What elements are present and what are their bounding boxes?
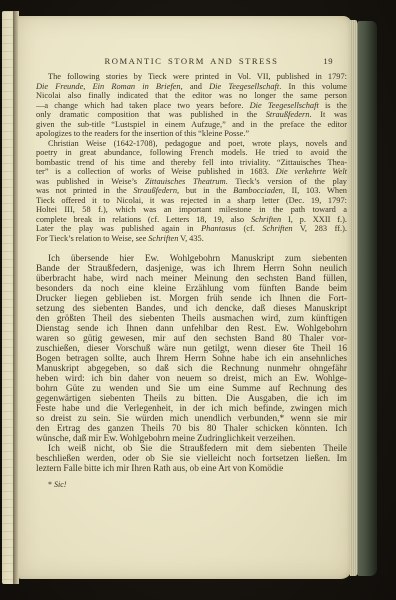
- text-line: leztern Falle bitte ich mir Ihren Rath a…: [36, 464, 347, 474]
- text-line: was published in Weise’s Zittauisches Th…: [36, 177, 347, 187]
- text-line: wünsche, daß mir Ew. Wohlgebohrn meine Z…: [36, 434, 347, 444]
- footnote: * Sic!: [48, 480, 248, 489]
- text-line: Feste habe und die Verlegenheit, in der …: [36, 404, 347, 414]
- text-line: Holtei III, 58 f.), which was an importa…: [36, 205, 347, 215]
- text-line: Drucker liegen geblieben ist. Morgen frü…: [36, 294, 347, 304]
- page-edges: [350, 20, 357, 576]
- text-line: so dreist zu sein. Sie würden mich unend…: [36, 414, 347, 424]
- text-line: Manuskript abgegeben, so daß sich die Re…: [36, 364, 347, 374]
- text-line: —a change which had taken place two year…: [36, 101, 347, 111]
- text-line: Christian Weise (1642-1708), pedagogue a…: [36, 139, 347, 149]
- text-line: zuschießen, dieser Vorschuß wäre nun get…: [36, 344, 347, 354]
- commentary-paragraphs: The following stories by Tieck were prin…: [36, 72, 347, 243]
- text-line: only dramatic composition that was publi…: [36, 110, 347, 120]
- text-line: Nicolai also finally indicated that the …: [36, 91, 347, 101]
- running-head: ROMANTIC STORM AND STRESS 19: [36, 56, 347, 66]
- text-line: ter” is a collection of works of Weise p…: [36, 167, 347, 177]
- text-line: given the sub-title “Lustspiel in einem …: [36, 120, 347, 130]
- text-line: The following stories by Tieck were prin…: [36, 72, 347, 82]
- text-line: beschließen werden, oder ob Sie sie viel…: [36, 454, 347, 464]
- quoted-letter-block: Ich übersende hier Ew. Wohlgebohrn Manus…: [36, 254, 347, 474]
- text-line: waren so gütig gewesen, mir auf den sech…: [36, 334, 347, 344]
- text-line: Bogen betragen sollte, auch Ihrem Herrn …: [36, 354, 347, 364]
- text-line: gegenwärtigen siebenten Theils zu bitten…: [36, 394, 347, 404]
- text-line: Die Freunde, Ein Roman in Briefen, and D…: [36, 82, 347, 92]
- text-line: heben wird: ich bin daher von neuem so d…: [36, 374, 347, 384]
- text-line: setzung des siebenten Bandes, und ich de…: [36, 304, 347, 314]
- text-line: poetry in great abundance, following Fre…: [36, 148, 347, 158]
- text-line: besonders da noch eine kleine Erzählung …: [36, 284, 347, 294]
- text-line: Ich weiß nicht, ob Sie die Straußfedern …: [36, 444, 347, 454]
- page-number: 19: [323, 56, 333, 66]
- text-line: überbracht habe, wird nach meiner Meinun…: [36, 274, 347, 284]
- text-line: complete break in relations (cf. Letters…: [36, 215, 347, 225]
- text-line: Bande der Straußfedern, dasjenige, was i…: [36, 264, 347, 274]
- text-line: apologizes to the readers for the insert…: [36, 129, 347, 139]
- text-line: was not printed in the Straußfedern, but…: [36, 186, 347, 196]
- book-page: ROMANTIC STORM AND STRESS 19 The followi…: [18, 16, 352, 579]
- text-line: Dienstag sende ich Ihnen dann unfehlbar …: [36, 324, 347, 334]
- book-cover-edge: [357, 21, 377, 576]
- text-line: Tieck offered it to Nicolai, it was reje…: [36, 196, 347, 206]
- text-line: Ich übersende hier Ew. Wohlgebohrn Manus…: [36, 254, 347, 264]
- text-line: bohrn Güte zu wenden und Sie um eine Sum…: [36, 384, 347, 394]
- text-line: Later the play was published again in Ph…: [36, 224, 347, 234]
- text-line: For Tieck’s relation to Weise, see Schri…: [36, 234, 347, 244]
- running-header-title: ROMANTIC STORM AND STRESS: [36, 56, 347, 66]
- text-line: bombastic trend of his time and thereby …: [36, 158, 347, 168]
- book-scan-photo: { "colors": { "paper": "#ece6c8", "ink":…: [0, 0, 396, 600]
- text-line: den größten Theil des siebenten Theils a…: [36, 314, 347, 324]
- text-line: * Sic!: [48, 480, 248, 489]
- text-line: den Ertrag des ganzen Theils 70 bis 80 T…: [36, 424, 347, 434]
